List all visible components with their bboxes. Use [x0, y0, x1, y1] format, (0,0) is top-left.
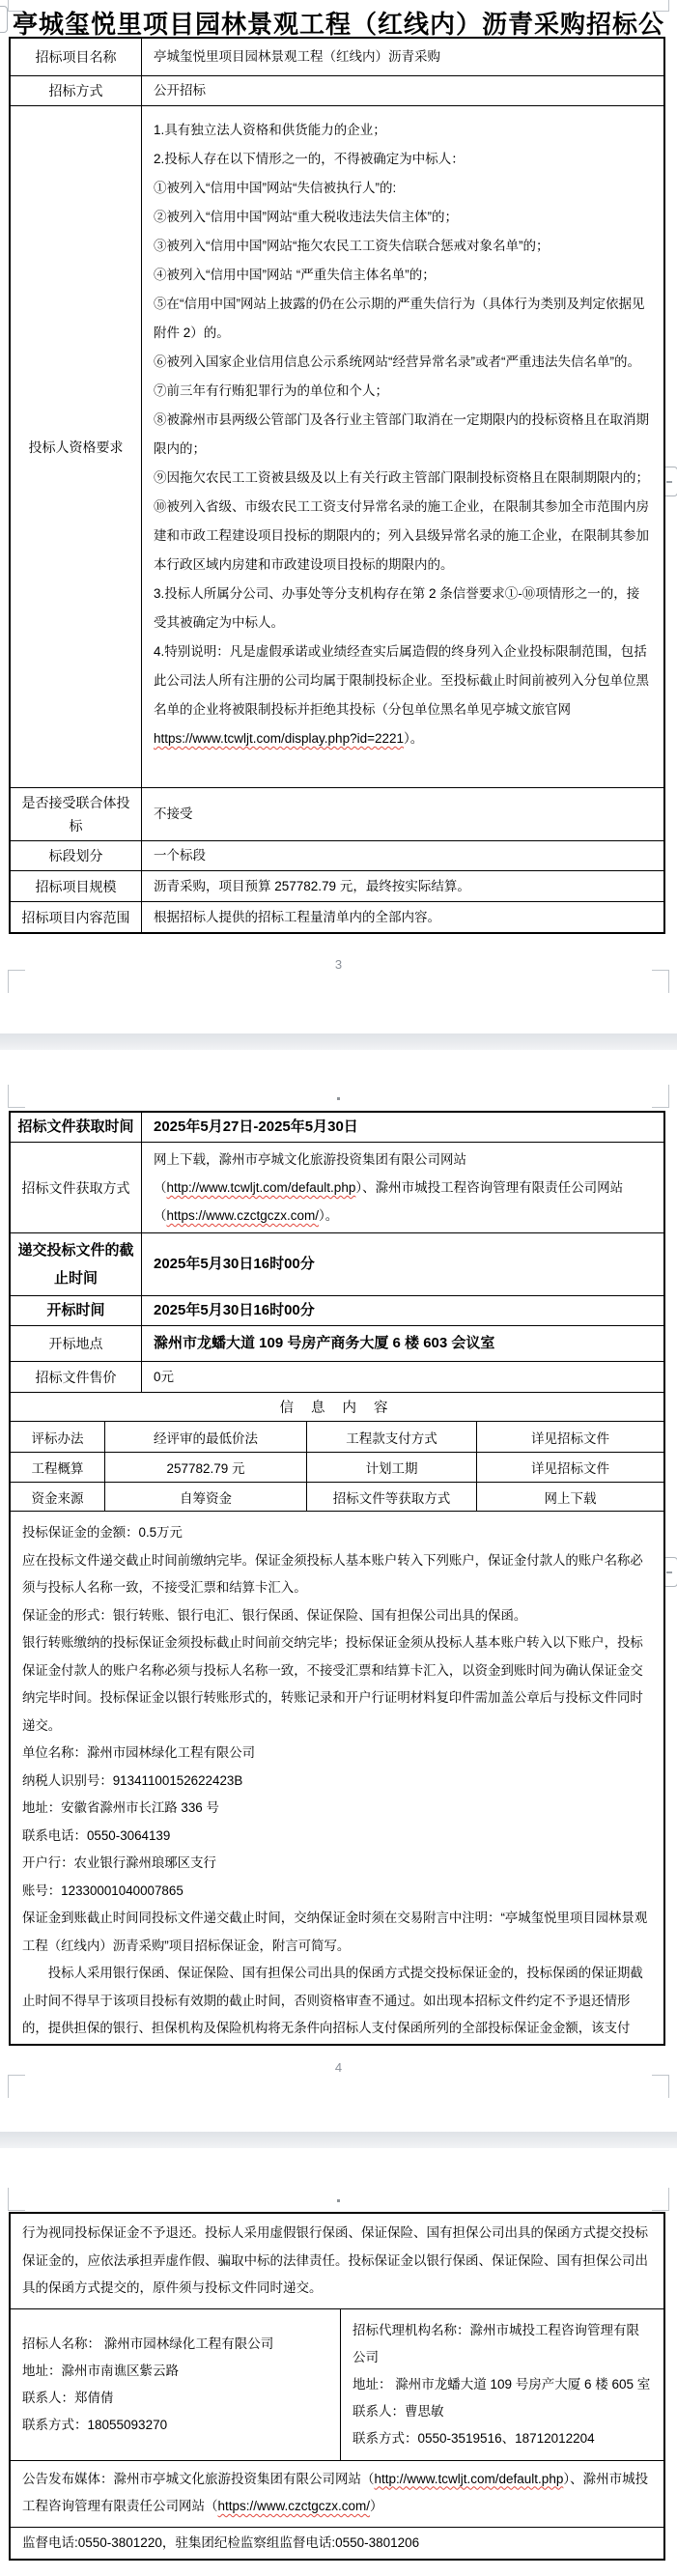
row-label: 招标方式 — [11, 76, 142, 105]
bidder-address: 地址：滁州市南谯区紫云路 — [22, 2358, 328, 2385]
qualification-paragraph-special: 4.特别说明：凡是虚假承诺或业绩经查实后属造假的终身列入企业投标限制范围，包括此… — [154, 637, 652, 753]
grid-cell: 评标办法 — [11, 1422, 105, 1452]
qualification-text: 1.具有独立法人资格和供货能力的企业； 2.投标人存在以下情形之一的，不得被确定… — [142, 106, 663, 787]
text-segment: 公告发布媒体：滁州市亭城文化旅游投资集团有限公司网站（ — [22, 2472, 375, 2486]
table-row: 标段划分 一个标段 — [11, 840, 663, 870]
deposit-paragraph: 纳税人识别号：91341100152622423B — [22, 1768, 652, 1796]
deposit-paragraph: 账号：12330001040007865 — [22, 1878, 652, 1906]
row-label: 开标地点 — [11, 1326, 142, 1361]
page-number: 3 — [0, 957, 677, 972]
deposit-paragraph: 地址：安徽省滁州市长江路 336 号 — [22, 1795, 652, 1823]
table-row: 是否接受联合体投标 不接受 — [11, 787, 663, 840]
table-row: 招标项目名称 亭城玺悦里项目园林景观工程（红线内）沥青采购 — [11, 39, 663, 75]
table-row: 开标时间 2025年5月30日16时00分 — [11, 1295, 663, 1325]
paragraph-mark-dot — [337, 2199, 340, 2202]
row-value: 沥青采购，项目预算 257782.79 元，最终按实际结算。 — [142, 871, 663, 901]
deposit-paragraph: 单位名称：滁州市园林绿化工程有限公司 — [22, 1740, 652, 1768]
deposit-paragraph: 保证金的形式：银行转账、银行电汇、银行保函、保证保险、国有担保公司出具的保函。 — [22, 1602, 652, 1630]
row-value: 公开招标 — [142, 76, 663, 105]
row-label: 递交投标文件的截止时间 — [11, 1233, 142, 1295]
page-corner-mark — [652, 2075, 669, 2098]
bidder-cell: 招标人名称： 滁州市园林绿化工程有限公司 地址：滁州市南谯区紫云路 联系人：郑倩… — [11, 2309, 341, 2460]
czctgczx-url: https://www.czctgczx.com/ — [167, 1208, 320, 1223]
bidder-contact-person: 联系人：郑倩倩 — [22, 2385, 328, 2412]
row-value: 滁州市龙蟠大道 109 号房产商务大厦 6 楼 603 会议室 — [142, 1326, 663, 1361]
qualification-paragraph: ⑩被列入省级、市级农民工工资支付异常名录的施工企业，在限制其参加全市范围内房建和… — [154, 493, 652, 580]
table-row-qualification: 投标人资格要求 1.具有独立法人资格和供货能力的企业； 2.投标人存在以下情形之… — [11, 105, 663, 787]
supervision-row: 监督电话:0550-3801220，驻集团纪检监察组监督电话:0550-3801… — [11, 2527, 663, 2559]
bid-schedule-table: 招标文件获取时间 2025年5月27日-2025年5月30日 招标文件获取方式 … — [9, 1111, 665, 2046]
tcwljt-url: http://www.tcwljt.com/default.php — [167, 1180, 356, 1195]
deposit-paragraph: 保证金到账截止时间同投标文件递交截止时间，交纳保证金时须在交易附言中注明：“亭城… — [22, 1905, 652, 1960]
row-label: 是否接受联合体投标 — [11, 788, 142, 840]
download-sources-text: 网上下载，滁州市亭城文化旅游投资集团有限公司网站（http://www.tcwl… — [154, 1146, 652, 1230]
grid-cell: 工程概算 — [11, 1453, 105, 1482]
parties-row: 招标人名称： 滁州市园林绿化工程有限公司 地址：滁州市南谯区紫云路 联系人：郑倩… — [11, 2308, 663, 2460]
table-row: 招标项目内容范围 根据招标人提供的招标工程量清单内的全部内容。 — [11, 901, 663, 932]
row-value: 一个标段 — [142, 841, 663, 870]
grid-cell: 自筹资金 — [105, 1483, 307, 1511]
tcwljt-url: http://www.tcwljt.com/default.php — [375, 2472, 564, 2486]
grid-cell: 网上下载 — [477, 1483, 663, 1511]
table-row: 招标文件获取方式 网上下载，滁州市亭城文化旅游投资集团有限公司网站（http:/… — [11, 1142, 663, 1232]
row-label: 招标文件获取时间 — [11, 1113, 142, 1142]
grid-row: 工程概算 257782.79 元 计划工期 详见招标文件 — [11, 1452, 663, 1482]
table-row: 招标文件售价 0元 — [11, 1361, 663, 1392]
handle-dash-icon — [666, 1571, 672, 1573]
qualification-paragraph: ③被列入“信用中国”网站“拖欠农民工工资失信联合惩戒对象名单”的； — [154, 232, 652, 261]
info-header: 信 息 内 容 — [11, 1393, 663, 1421]
row-value: 不接受 — [142, 788, 663, 840]
deposit-paragraph: 应在投标文件递交截止时间前缴纳完毕。保证金须投标人基本账户转入下列账户，保证金付… — [22, 1547, 652, 1602]
row-value: 根据招标人提供的招标工程量清单内的全部内容。 — [142, 902, 663, 932]
media-text: 公告发布媒体：滁州市亭城文化旅游投资集团有限公司网站（http://www.tc… — [11, 2461, 663, 2527]
qualification-paragraph: ⑤在“信用中国”网站上披露的仍在公示期的严重失信行为（具体行为类别及判定依据见附… — [154, 290, 652, 348]
qualification-paragraph: ⑦前三年有行贿犯罪行为的单位和个人； — [154, 377, 652, 406]
grid-cell: 经评审的最低价法 — [105, 1422, 307, 1452]
page-corner-mark — [652, 970, 669, 993]
row-label: 标段划分 — [11, 841, 142, 870]
qualification-paragraph: 3.投标人所属分公司、办事处等分支机构存在第 2 条信誉要求①-⑩项情形之一的，… — [154, 580, 652, 637]
info-header-row: 信 息 内 容 — [11, 1392, 663, 1421]
supervision-phones: 监督电话:0550-3801220，驻集团纪检监察组监督电话:0550-3801… — [11, 2528, 663, 2559]
qualification-paragraph: 2.投标人存在以下情形之一的，不得被确定为中标人： — [154, 145, 652, 174]
row-label: 招标项目名称 — [11, 39, 142, 75]
deposit-paragraph: 投标人采用银行保函、保证保险、国有担保公司出具的保函方式提交投标保证金的，投标保… — [22, 1960, 652, 2043]
qualification-paragraph: ⑥被列入国家企业信用信息公示系统网站“经营异常名录”或者“严重违法失信名单”的。 — [154, 348, 652, 377]
deposit-text: 投标保证金的金额：0.5万元 应在投标文件递交截止时间前缴纳完毕。保证金须投标人… — [11, 1512, 663, 2044]
page-corner-mark — [8, 1085, 25, 1108]
page-corner-mark — [652, 1085, 669, 1108]
page-corner-mark — [652, 2188, 669, 2211]
row-label: 招标文件获取方式 — [11, 1143, 142, 1232]
agency-address: 地址： 滁州市龙蟠大道 109 号房产大厦 6 楼 605 室 — [353, 2371, 652, 2398]
page-number: 4 — [0, 2060, 677, 2075]
qualification-paragraph: 1.具有独立法人资格和供货能力的企业； — [154, 116, 652, 145]
deposit-paragraph: 联系电话：0550-3064139 — [22, 1823, 652, 1851]
agency-cell: 招标代理机构名称：滁州市城投工程咨询管理有限公司 地址： 滁州市龙蟠大道 109… — [341, 2309, 663, 2460]
media-row: 公告发布媒体：滁州市亭城文化旅游投资集团有限公司网站（http://www.tc… — [11, 2460, 663, 2527]
grid-cell: 257782.79 元 — [105, 1453, 307, 1482]
special-note-tail: ）。 — [404, 731, 423, 746]
grid-cell: 详见招标文件 — [477, 1422, 663, 1452]
table-row: 递交投标文件的截止时间 2025年5月30日16时00分 — [11, 1232, 663, 1295]
blacklist-url: https://www.tcwljt.com/display.php?id=22… — [154, 731, 404, 746]
grid-cell: 工程款支付方式 — [307, 1422, 477, 1452]
qualification-paragraph: ②被列入“信用中国”网站“重大税收违法失信主体”的； — [154, 203, 652, 232]
row-label: 招标项目规模 — [11, 871, 142, 901]
page-corner-mark — [8, 970, 25, 993]
row-value: 0元 — [142, 1362, 663, 1392]
grid-cell: 招标文件等获取方式 — [307, 1483, 477, 1511]
page-corner-mark — [8, 2188, 25, 2211]
continuation-row: 行为视同投标保证金不予退还。投标人采用虚假银行保函、保证保险、国有担保公司出具的… — [11, 2214, 663, 2308]
document-canvas: 亭城玺悦里项目园林景观工程（红线内）沥青采购招标公告 招标项目名称 亭城玺悦里项… — [0, 0, 677, 2576]
row-label: 招标文件售价 — [11, 1362, 142, 1392]
row-label: 投标人资格要求 — [11, 106, 142, 787]
paragraph-mark-dot — [337, 1097, 340, 1100]
qualification-paragraph: ⑨因拖欠农民工工资被县级及以上有关行政主管部门限制投标资格且在限制期限内的； — [154, 464, 652, 493]
deposit-paragraph: 银行转账缴纳的投标保证金须投标截止时间前交纳完毕；投标保证金须从投标人基本账户转… — [22, 1629, 652, 1740]
agency-contact-phone: 联系方式：0550-3519516、18712012204 — [353, 2425, 652, 2452]
row-value: 亭城玺悦里项目园林景观工程（红线内）沥青采购 — [142, 39, 663, 75]
tender-info-table: 招标项目名称 亭城玺悦里项目园林景观工程（红线内）沥青采购 招标方式 公开招标 … — [9, 37, 665, 934]
media-paragraph: 公告发布媒体：滁州市亭城文化旅游投资集团有限公司网站（http://www.tc… — [22, 2466, 652, 2521]
grid-cell: 资金来源 — [11, 1483, 105, 1511]
page-corner-mark — [8, 2075, 25, 2098]
agency-contact-person: 联系人：曹思敏 — [353, 2398, 652, 2425]
bidder-name: 招标人名称： 滁州市园林绿化工程有限公司 — [22, 2331, 328, 2358]
text-segment: ）。 — [319, 1208, 338, 1223]
continuation-text: 行为视同投标保证金不予退还。投标人采用虚假银行保函、保证保险、国有担保公司出具的… — [11, 2214, 663, 2308]
text-segment: ） — [370, 2499, 383, 2513]
special-note-text: 4.特别说明：凡是虚假承诺或业绩经查实后属造假的终身列入企业投标限制范围，包括此… — [154, 644, 649, 717]
agency-name: 招标代理机构名称：滁州市城投工程咨询管理有限公司 — [353, 2317, 652, 2371]
continuation-paragraph: 行为视同投标保证金不予退还。投标人采用虚假银行保函、保证保险、国有担保公司出具的… — [22, 2220, 652, 2303]
row-value: 2025年5月30日16时00分 — [142, 1296, 663, 1325]
grid-cell: 计划工期 — [307, 1453, 477, 1482]
grid-cell: 详见招标文件 — [477, 1453, 663, 1482]
qualification-paragraph: ④被列入“信用中国”网站 “严重失信主体名单”的； — [154, 261, 652, 290]
row-value: 2025年5月30日16时00分 — [142, 1233, 663, 1295]
bidder-contact-phone: 联系方式：18055093270 — [22, 2412, 328, 2439]
table-row: 开标地点 滁州市龙蟠大道 109 号房产商务大厦 6 楼 603 会议室 — [11, 1325, 663, 1361]
table-row: 招标方式 公开招标 — [11, 75, 663, 105]
row-value: 2025年5月27日-2025年5月30日 — [142, 1113, 663, 1142]
qualification-paragraph: ⑧被滁州市县两级公管部门及各行业主管部门取消在一定期限内的投标资格且在取消期限内… — [154, 406, 652, 464]
contacts-table: 行为视同投标保证金不予退还。投标人采用虚假银行保函、保证保险、国有担保公司出具的… — [9, 2212, 665, 2561]
czctgczx-url: https://www.czctgczx.com/ — [218, 2499, 371, 2513]
handle-dash-icon — [666, 481, 672, 483]
table-row: 招标项目规模 沥青采购，项目预算 257782.79 元，最终按实际结算。 — [11, 870, 663, 901]
deposit-row: 投标保证金的金额：0.5万元 应在投标文件递交截止时间前缴纳完毕。保证金须投标人… — [11, 1511, 663, 2044]
page-separator — [0, 2132, 677, 2148]
qualification-paragraph: ①被列入“信用中国”网站“失信被执行人”的: — [154, 174, 652, 203]
deposit-paragraph: 开户行：农业银行滁州琅琊区支行 — [22, 1850, 652, 1878]
row-label: 招标项目内容范围 — [11, 902, 142, 932]
deposit-paragraph: 投标保证金的金额：0.5万元 — [22, 1519, 652, 1547]
table-row: 招标文件获取时间 2025年5月27日-2025年5月30日 — [11, 1113, 663, 1142]
page-separator — [0, 1033, 677, 1050]
grid-row: 资金来源 自筹资金 招标文件等获取方式 网上下载 — [11, 1482, 663, 1511]
grid-row: 评标办法 经评审的最低价法 工程款支付方式 详见招标文件 — [11, 1421, 663, 1452]
row-label: 开标时间 — [11, 1296, 142, 1325]
row-value: 网上下载，滁州市亭城文化旅游投资集团有限公司网站（http://www.tcwl… — [142, 1143, 663, 1232]
